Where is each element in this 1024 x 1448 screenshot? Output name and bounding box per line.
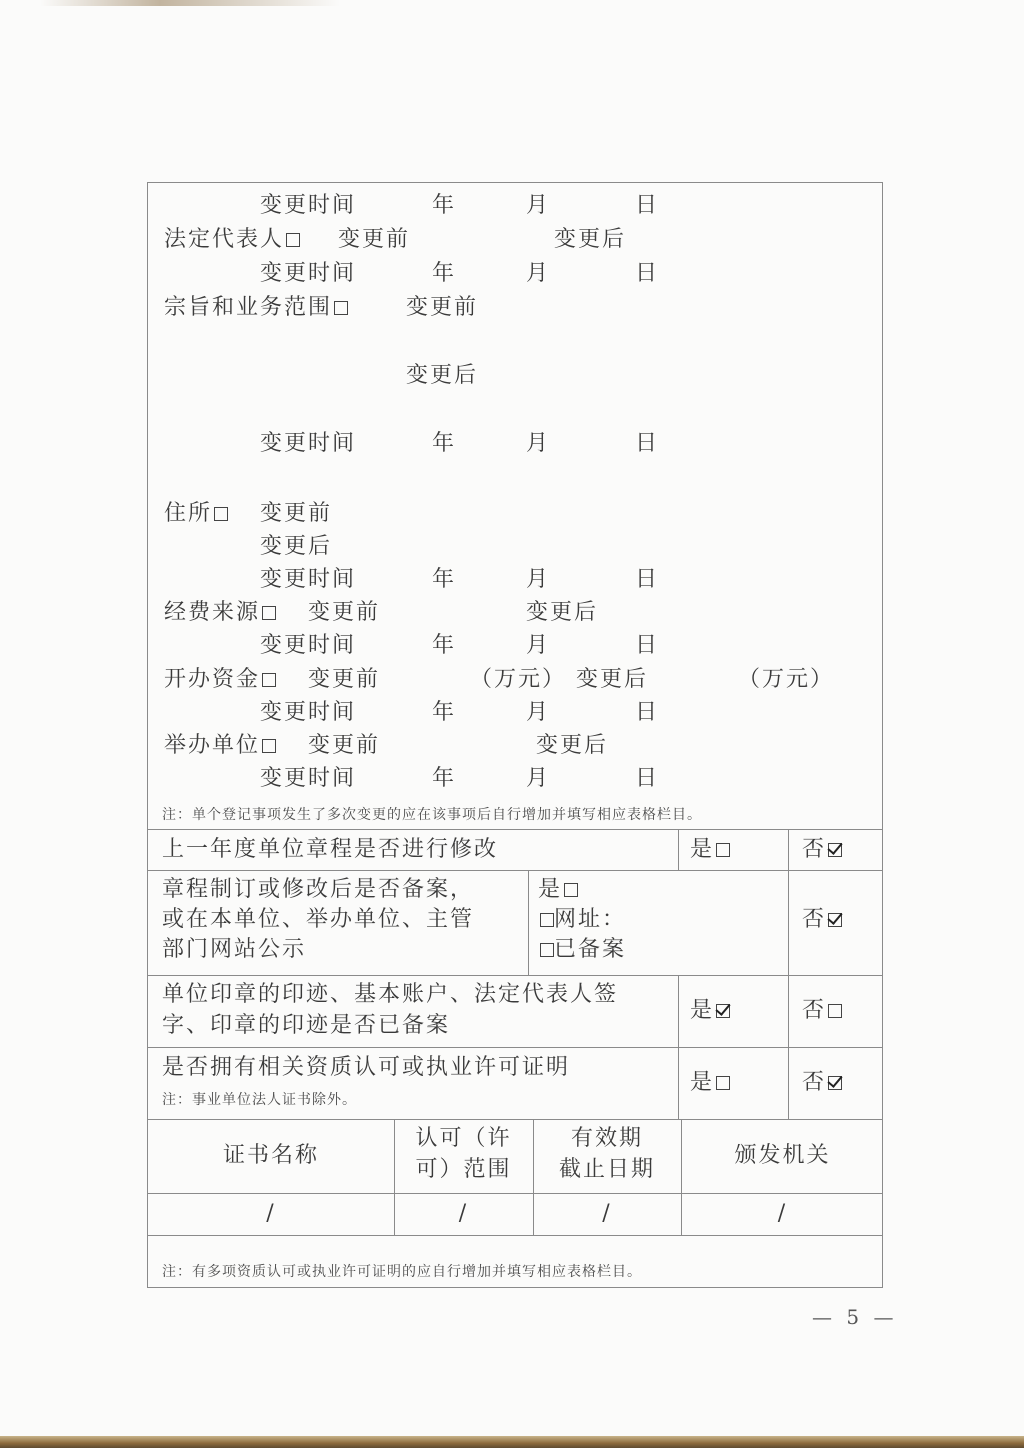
filed-checkbox[interactable] xyxy=(540,943,554,957)
change-time-label: 变更时间 xyxy=(260,700,356,726)
change-time-label: 变更时间 xyxy=(260,633,356,659)
month-label: 月 xyxy=(526,766,550,792)
month-label: 月 xyxy=(526,567,550,593)
funding-source-item: 经费来源 xyxy=(164,600,276,626)
after-label: 变更后 xyxy=(536,733,608,759)
no-checkbox-checked[interactable] xyxy=(828,843,842,857)
year-label: 年 xyxy=(432,700,456,726)
cell-expiry[interactable]: / xyxy=(533,1199,681,1229)
cell-issuer[interactable]: / xyxy=(681,1199,884,1229)
header-expiry-line: 有效期 xyxy=(533,1124,681,1154)
changes-note: 注：单个登记事项发生了多次变更的应在该事项后自行增加并填写相应表格栏目。 xyxy=(162,806,702,824)
page-number: — 5 — xyxy=(812,1305,897,1329)
question-text-line: 字、印章的印迹是否已备案 xyxy=(162,1011,450,1041)
yes-checkbox[interactable] xyxy=(716,1076,730,1090)
day-label: 日 xyxy=(635,431,659,457)
no-option[interactable]: 否 xyxy=(802,835,842,865)
yes-option[interactable]: 是 xyxy=(690,996,730,1026)
divider xyxy=(148,870,882,871)
divider xyxy=(148,829,882,830)
sponsor-unit-checkbox[interactable] xyxy=(262,739,276,753)
after-label: 变更后 xyxy=(554,227,626,253)
before-unit-label: （万元） xyxy=(470,667,566,693)
after-label: 变更后 xyxy=(526,600,598,626)
month-label: 月 xyxy=(526,700,550,726)
purpose-scope-item: 宗旨和业务范围 xyxy=(164,295,348,321)
day-label: 日 xyxy=(635,766,659,792)
after-label: 变更后 xyxy=(576,667,648,693)
sponsor-unit-label: 举办单位 xyxy=(164,733,260,758)
question-text-line: 单位印章的印迹、基本账户、法定代表人签 xyxy=(162,980,618,1010)
header-cert-name: 证书名称 xyxy=(148,1141,394,1171)
question-text-line: 章程制订或修改后是否备案， xyxy=(162,875,474,905)
scan-bottom-edge xyxy=(0,1436,1024,1448)
before-label: 变更前 xyxy=(338,227,410,253)
no-label: 否 xyxy=(802,837,826,862)
change-time-label: 变更时间 xyxy=(260,431,356,457)
month-label: 月 xyxy=(526,633,550,659)
divider xyxy=(148,1047,882,1048)
header-issuer: 颁发机关 xyxy=(681,1141,884,1171)
before-label: 变更前 xyxy=(308,600,380,626)
legal-rep-item: 法定代表人 xyxy=(164,227,300,253)
purpose-scope-label: 宗旨和业务范围 xyxy=(164,295,332,320)
day-label: 日 xyxy=(635,700,659,726)
question-text: 是否拥有相关资质认可或执业许可证明 xyxy=(162,1053,570,1083)
no-option[interactable]: 否 xyxy=(802,996,842,1026)
year-label: 年 xyxy=(432,261,456,287)
after-unit-label: （万元） xyxy=(738,667,834,693)
yes-label: 是 xyxy=(690,998,714,1023)
month-label: 月 xyxy=(526,261,550,287)
col-divider xyxy=(788,829,789,1119)
day-label: 日 xyxy=(635,567,659,593)
purpose-scope-checkbox[interactable] xyxy=(334,301,348,315)
month-label: 月 xyxy=(526,431,550,457)
day-label: 日 xyxy=(635,261,659,287)
no-option[interactable]: 否 xyxy=(802,1068,842,1098)
yes-checkbox[interactable] xyxy=(716,843,730,857)
cell-scope[interactable]: / xyxy=(394,1199,533,1229)
year-label: 年 xyxy=(432,633,456,659)
year-label: 年 xyxy=(432,567,456,593)
before-label: 变更前 xyxy=(406,295,478,321)
no-label: 否 xyxy=(802,1070,826,1095)
change-time-label: 变更时间 xyxy=(260,766,356,792)
divider xyxy=(148,1193,882,1194)
no-checkbox-checked[interactable] xyxy=(828,1076,842,1090)
col-divider xyxy=(678,829,679,870)
header-scope-line: 可）范围 xyxy=(394,1155,533,1185)
no-label: 否 xyxy=(802,907,826,932)
header-scope-line: 认可（许 xyxy=(394,1124,533,1154)
before-label: 变更前 xyxy=(308,667,380,693)
form-table: 变更时间 年 月 日 法定代表人 变更前 变更后 变更时间 年 月 日 宗旨和业… xyxy=(147,182,883,1288)
license-note: 注：有多项资质认可或执业许可证明的应自行增加并填写相应表格栏目。 xyxy=(162,1263,642,1281)
no-label: 否 xyxy=(802,998,826,1023)
funding-source-checkbox[interactable] xyxy=(262,606,276,620)
question-text: 上一年度单位章程是否进行修改 xyxy=(162,835,498,865)
after-label: 变更后 xyxy=(406,363,478,389)
after-label: 变更后 xyxy=(260,534,332,560)
year-label: 年 xyxy=(432,193,456,219)
question-text-line: 部门网站公示 xyxy=(162,935,306,965)
year-label: 年 xyxy=(432,766,456,792)
change-time-label: 变更时间 xyxy=(260,261,356,287)
website-checkbox[interactable] xyxy=(540,913,554,927)
funding-source-label: 经费来源 xyxy=(164,600,260,625)
divider xyxy=(148,975,882,976)
cell-cert-name[interactable]: / xyxy=(148,1199,394,1229)
website-label: 网址： xyxy=(554,907,626,932)
yes-checkbox-checked[interactable] xyxy=(716,1004,730,1018)
address-checkbox[interactable] xyxy=(214,507,228,521)
header-expiry-line: 截止日期 xyxy=(533,1155,681,1185)
startup-capital-checkbox[interactable] xyxy=(262,673,276,687)
filed-label: 已备案 xyxy=(554,937,626,962)
address-label: 住所 xyxy=(164,501,212,526)
month-label: 月 xyxy=(526,193,550,219)
scan-top-edge xyxy=(40,0,340,6)
legal-rep-checkbox[interactable] xyxy=(286,233,300,247)
day-label: 日 xyxy=(635,193,659,219)
yes-checkbox[interactable] xyxy=(564,883,578,897)
col-divider xyxy=(678,975,679,1119)
website-option[interactable]: 网址： xyxy=(538,905,626,935)
sponsor-unit-item: 举办单位 xyxy=(164,733,276,759)
no-checkbox[interactable] xyxy=(828,1004,842,1018)
yes-option[interactable]: 是 xyxy=(690,1068,730,1098)
day-label: 日 xyxy=(635,633,659,659)
legal-rep-label: 法定代表人 xyxy=(164,227,284,252)
year-label: 年 xyxy=(432,431,456,457)
yes-option[interactable]: 是 xyxy=(690,835,730,865)
question-text-line: 或在本单位、举办单位、主管 xyxy=(162,905,474,935)
yes-option[interactable]: 是 xyxy=(538,875,578,905)
question-note: 注：事业单位法人证书除外。 xyxy=(162,1091,357,1109)
divider xyxy=(148,1119,882,1120)
divider xyxy=(148,1235,882,1236)
change-time-label: 变更时间 xyxy=(260,193,356,219)
yes-label: 是 xyxy=(538,877,562,902)
change-time-label: 变更时间 xyxy=(260,567,356,593)
startup-capital-item: 开办资金 xyxy=(164,667,276,693)
before-label: 变更前 xyxy=(260,501,332,527)
yes-label: 是 xyxy=(690,837,714,862)
startup-capital-label: 开办资金 xyxy=(164,667,260,692)
address-item: 住所 xyxy=(164,501,228,527)
col-divider xyxy=(528,870,529,975)
no-checkbox-checked[interactable] xyxy=(828,913,842,927)
yes-label: 是 xyxy=(690,1070,714,1095)
no-option[interactable]: 否 xyxy=(802,905,842,935)
filed-option[interactable]: 已备案 xyxy=(538,935,626,965)
before-label: 变更前 xyxy=(308,733,380,759)
